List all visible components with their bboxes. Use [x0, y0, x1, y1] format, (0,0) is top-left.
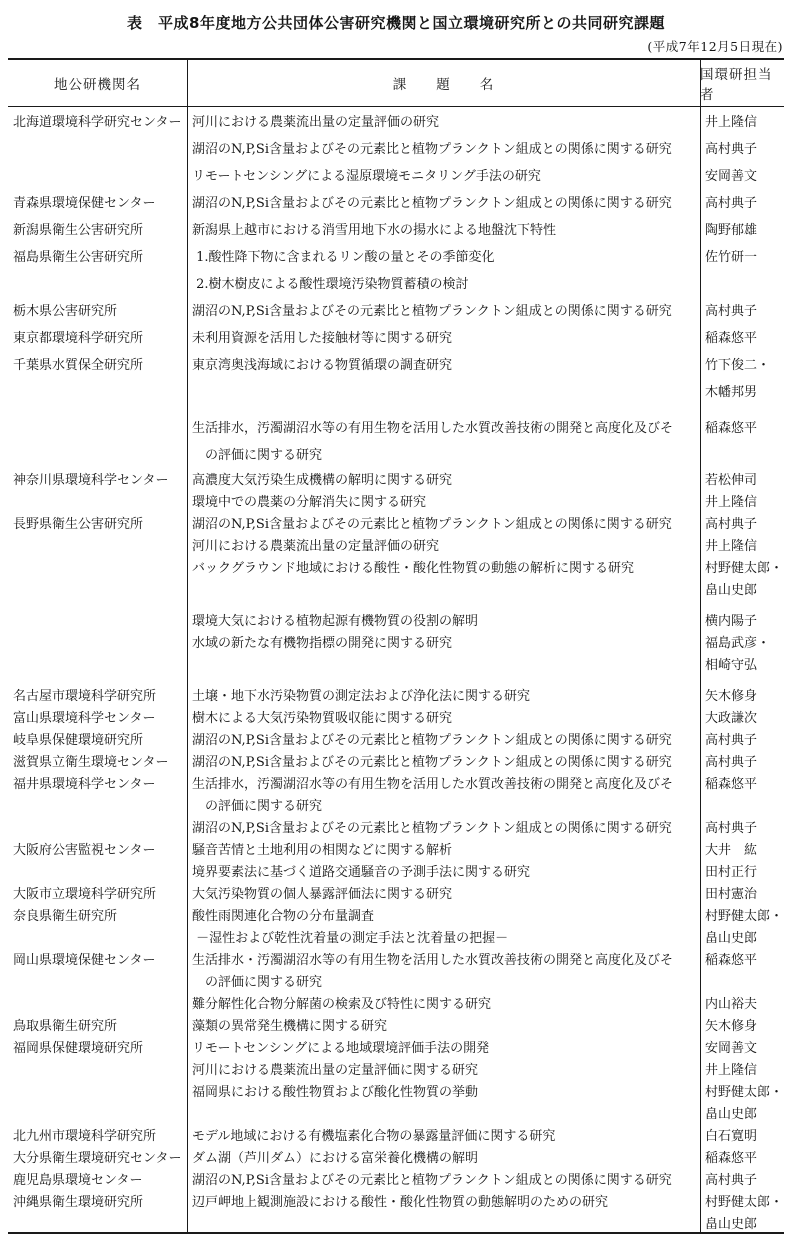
- topic-cell: の評価に関する研究: [187, 444, 700, 463]
- topic-cell: 水域の新たな有機物指標の開発に関する研究: [187, 632, 700, 651]
- table-row: 岐阜県保健環境研究所 湖沼のN,P,Si含量およびその元素比と植物プランクトン組…: [8, 727, 784, 749]
- topic-cell: 河川における農薬流出量の定量評価の研究: [187, 111, 700, 130]
- table-row: 相崎守弘: [8, 652, 784, 674]
- topic-cell: 難分解性化合物分解菌の検索及び特性に関する研究: [187, 993, 700, 1012]
- table-row: 環境大気における植物起源有機物質の役割の解明 横内陽子: [8, 599, 784, 630]
- topic-cell: 環境大気における植物起源有機物質の役割の解明: [187, 610, 700, 629]
- topic-cell: 藻類の異常発生機構に関する研究: [187, 1015, 700, 1034]
- table-row: 沖縄県衛生環境研究所 辺戸岬地上観測施設における酸性・酸化性物質の動態解明のため…: [8, 1189, 784, 1211]
- topic-cell: 樹木による大気汚染物質吸収能に関する研究: [187, 707, 700, 726]
- topic-cell: －湿性および乾性沈着量の測定手法と沈着量の把握－: [187, 927, 700, 946]
- person-cell: 福島武彦・: [700, 632, 784, 651]
- person-cell: 大政謙次: [700, 707, 784, 726]
- table-row: 生活排水，汚濁湖沼水等の有用生物を活用した水質改善技術の開発と高度化及びそ 稲森…: [8, 404, 784, 440]
- table-row: 東京都環境科学研究所 未利用資源を活用した接触材等に関する研究 稲森悠平: [8, 323, 784, 350]
- topic-cell: 湖沼のN,P,Si含量およびその元素比と植物プランクトン組成との関係に関する研究: [187, 751, 700, 770]
- person-cell: 白石寛明: [700, 1125, 784, 1144]
- topic-cell: 生活排水，汚濁湖沼水等の有用生物を活用した水質改善技術の開発と高度化及びそ: [187, 417, 700, 436]
- topic-cell: モデル地域における有機塩素化合物の暴露量評価に関する研究: [187, 1125, 700, 1144]
- page-title: 表 平成8年度地方公共団体公害研究機関と国立環境研究所との共同研究課題: [0, 12, 792, 33]
- table-row: 2.樹木樹皮による酸性環境汚染物質蓄積の検討: [8, 269, 784, 296]
- date-note: (平成7年12月5日現在): [647, 37, 783, 55]
- topic-cell: 河川における農薬流出量の定量評価に関する研究: [187, 1059, 700, 1078]
- org-cell: 岡山県環境保健センター: [8, 949, 187, 968]
- table-row: 新潟県衛生公害研究所 新潟県上越市における消雪用地下水の揚水による地盤沈下特性 …: [8, 215, 784, 242]
- table-header: 地公研機関名 課 題 名 国環研担当者: [8, 60, 784, 107]
- table-body: 北海道環境科学研究センター 河川における農薬流出量の定量評価の研究 井上隆信 湖…: [8, 107, 784, 1233]
- person-cell: 高村典子: [700, 192, 784, 211]
- topic-cell: 湖沼のN,P,Si含量およびその元素比と植物プランクトン組成との関係に関する研究: [187, 817, 700, 836]
- org-cell: 千葉県水質保全研究所: [8, 354, 187, 373]
- table-row: 湖沼のN,P,Si含量およびその元素比と植物プランクトン組成との関係に関する研究…: [8, 815, 784, 837]
- person-cell: 井上隆信: [700, 491, 784, 510]
- topic-cell: 生活排水，汚濁湖沼水等の有用生物を活用した水質改善技術の開発と高度化及びそ: [187, 773, 700, 792]
- person-cell: 佐竹研一: [700, 246, 784, 265]
- table-row: 栃木県公害研究所 湖沼のN,P,Si含量およびその元素比と植物プランクトン組成と…: [8, 296, 784, 323]
- topic-cell: 河川における農薬流出量の定量評価の研究: [187, 535, 700, 554]
- person-cell: 高村典子: [700, 513, 784, 532]
- person-cell: 畠山史郎: [700, 927, 784, 946]
- person-cell: 井上隆信: [700, 1059, 784, 1078]
- table-row: バックグラウンド地域における酸性・酸化性物質の動態の解析に関する研究 村野健太郎…: [8, 555, 784, 577]
- table-row: －湿性および乾性沈着量の測定手法と沈着量の把握－ 畠山史郎: [8, 925, 784, 947]
- person-cell: 稲森悠平: [700, 327, 784, 346]
- person-cell: 畠山史郎: [700, 1103, 784, 1122]
- table-row: 長野県衛生公害研究所 湖沼のN,P,Si含量およびその元素比と植物プランクトン組…: [8, 511, 784, 533]
- person-cell: 畠山史郎: [700, 579, 784, 598]
- org-cell: 大分県衛生環境研究センター: [8, 1147, 187, 1166]
- topic-cell: 生活排水・汚濁湖沼水等の有用生物を活用した水質改善技術の開発と高度化及びそ: [187, 949, 700, 968]
- topic-cell: 未利用資源を活用した接触材等に関する研究: [187, 327, 700, 346]
- research-table: 地公研機関名 課 題 名 国環研担当者 北海道環境科学研究センター 河川における…: [8, 58, 784, 1234]
- org-cell: 長野県衛生公害研究所: [8, 513, 187, 532]
- person-cell: 田村正行: [700, 861, 784, 880]
- topic-cell: ダム湖（芦川ダム）における富栄養化機構の解明: [187, 1147, 700, 1166]
- person-cell: 高村典子: [700, 751, 784, 770]
- table-row: 奈良県衛生研究所 酸性雨関連化合物の分布量調査 村野健太郎・: [8, 903, 784, 925]
- topic-cell: 湖沼のN,P,Si含量およびその元素比と植物プランクトン組成との関係に関する研究: [187, 300, 700, 319]
- table-row: 難分解性化合物分解菌の検索及び特性に関する研究 内山裕夫: [8, 991, 784, 1013]
- person-cell: 井上隆信: [700, 111, 784, 130]
- org-cell: 岐阜県保健環境研究所: [8, 729, 187, 748]
- table-row: の評価に関する研究: [8, 440, 784, 467]
- topic-cell: 騒音苦情と土地利用の相関などに関する解析: [187, 839, 700, 858]
- table-row: 富山県環境科学センター 樹木による大気汚染物質吸収能に関する研究 大政謙次: [8, 705, 784, 727]
- header-person: 国環研担当者: [700, 60, 784, 106]
- table-row: 福島県衛生公害研究所 1.酸性降下物に含まれるリン酸の量とその季節変化 佐竹研一: [8, 242, 784, 269]
- person-cell: 安岡善文: [700, 165, 784, 184]
- table-row: 千葉県水質保全研究所 東京湾奥浅海域における物質循環の調査研究 竹下俊二・: [8, 350, 784, 377]
- table-row: 河川における農薬流出量の定量評価の研究 井上隆信: [8, 533, 784, 555]
- table-row: 鹿児島県環境センター 湖沼のN,P,Si含量およびその元素比と植物プランクトン組…: [8, 1167, 784, 1189]
- org-cell: 鳥取県衛生研究所: [8, 1015, 187, 1034]
- topic-cell: の評価に関する研究: [187, 795, 700, 814]
- topic-cell: 湖沼のN,P,Si含量およびその元素比と植物プランクトン組成との関係に関する研究: [187, 513, 700, 532]
- table-row: の評価に関する研究: [8, 969, 784, 991]
- table-row: 岡山県環境保健センター 生活排水・汚濁湖沼水等の有用生物を活用した水質改善技術の…: [8, 947, 784, 969]
- person-cell: 井上隆信: [700, 535, 784, 554]
- table-row: 名古屋市環境科学研究所 土壌・地下水汚染物質の測定法および浄化法に関する研究 矢…: [8, 674, 784, 705]
- person-cell: 村野健太郎・: [700, 1081, 784, 1100]
- person-cell: 田村憲治: [700, 883, 784, 902]
- table-row: 滋賀県立衛生環境センター 湖沼のN,P,Si含量およびその元素比と植物プランクト…: [8, 749, 784, 771]
- table-row: 福井県環境科学センター 生活排水，汚濁湖沼水等の有用生物を活用した水質改善技術の…: [8, 771, 784, 793]
- table-row: 大分県衛生環境研究センター ダム湖（芦川ダム）における富栄養化機構の解明 稲森悠…: [8, 1145, 784, 1167]
- table-row: 境界要素法に基づく道路交通騒音の予測手法に関する研究 田村正行: [8, 859, 784, 881]
- org-cell: 福島県衛生公害研究所: [8, 246, 187, 265]
- table-row: 福岡県保健環境研究所 リモートセンシングによる地域環境評価手法の開発 安岡善文: [8, 1035, 784, 1057]
- person-cell: 村野健太郎・: [700, 1191, 784, 1210]
- person-cell: 畠山史郎: [700, 1213, 784, 1232]
- topic-cell: 福岡県における酸性物質および酸化性物質の挙動: [187, 1081, 700, 1100]
- topic-cell: リモートセンシングによる地域環境評価手法の開発: [187, 1037, 700, 1056]
- table-row: 北九州市環境科学研究所 モデル地域における有機塩素化合物の暴露量評価に関する研究…: [8, 1123, 784, 1145]
- table-row: 大阪府公害監視センター 騒音苦情と土地利用の相関などに関する解析 大井 紘: [8, 837, 784, 859]
- topic-cell: リモートセンシングによる湿原環境モニタリング手法の研究: [187, 165, 700, 184]
- org-cell: 北海道環境科学研究センター: [8, 111, 187, 130]
- person-cell: 高村典子: [700, 138, 784, 157]
- person-cell: 若松伸司: [700, 469, 784, 488]
- person-cell: 相崎守弘: [700, 654, 784, 673]
- table-row: 水域の新たな有機物指標の開発に関する研究 福島武彦・: [8, 630, 784, 652]
- person-cell: 稲森悠平: [700, 773, 784, 792]
- topic-cell: の評価に関する研究: [187, 971, 700, 990]
- person-cell: 陶野郁雄: [700, 219, 784, 238]
- person-cell: 竹下俊二・: [700, 354, 784, 373]
- org-cell: 奈良県衛生研究所: [8, 905, 187, 924]
- org-cell: 鹿児島県環境センター: [8, 1169, 187, 1188]
- table-row: 環境中での農薬の分解消失に関する研究 井上隆信: [8, 489, 784, 511]
- table-row: 木幡邦男: [8, 377, 784, 404]
- topic-cell: 高濃度大気汚染生成機構の解明に関する研究: [187, 469, 700, 488]
- table-row: の評価に関する研究: [8, 793, 784, 815]
- person-cell: 木幡邦男: [700, 381, 784, 400]
- header-org: 地公研機関名: [8, 60, 187, 106]
- person-cell: 稲森悠平: [700, 417, 784, 436]
- topic-cell: 湖沼のN,P,Si含量およびその元素比と植物プランクトン組成との関係に関する研究: [187, 192, 700, 211]
- person-cell: 横内陽子: [700, 610, 784, 629]
- org-cell: 名古屋市環境科学研究所: [8, 685, 187, 704]
- person-cell: 高村典子: [700, 1169, 784, 1188]
- table-row: 河川における農薬流出量の定量評価に関する研究 井上隆信: [8, 1057, 784, 1079]
- org-cell: 大阪府公害監視センター: [8, 839, 187, 858]
- person-cell: 安岡善文: [700, 1037, 784, 1056]
- table-row: 福岡県における酸性物質および酸化性物質の挙動 村野健太郎・: [8, 1079, 784, 1101]
- person-cell: 村野健太郎・: [700, 905, 784, 924]
- topic-cell: 大気汚染物質の個人暴露評価法に関する研究: [187, 883, 700, 902]
- topic-cell: 湖沼のN,P,Si含量およびその元素比と植物プランクトン組成との関係に関する研究: [187, 138, 700, 157]
- person-cell: 村野健太郎・: [700, 557, 784, 576]
- org-cell: 大阪市立環境科学研究所: [8, 883, 187, 902]
- table-row: 畠山史郎: [8, 1101, 784, 1123]
- person-cell: 内山裕夫: [700, 993, 784, 1012]
- topic-cell: 酸性雨関連化合物の分布量調査: [187, 905, 700, 924]
- topic-cell: 境界要素法に基づく道路交通騒音の予測手法に関する研究: [187, 861, 700, 880]
- table-row: 北海道環境科学研究センター 河川における農薬流出量の定量評価の研究 井上隆信: [8, 107, 784, 134]
- table-row: 畠山史郎: [8, 577, 784, 599]
- org-cell: 青森県環境保健センター: [8, 192, 187, 211]
- table-row: リモートセンシングによる湿原環境モニタリング手法の研究 安岡善文: [8, 161, 784, 188]
- table-row: 湖沼のN,P,Si含量およびその元素比と植物プランクトン組成との関係に関する研究…: [8, 134, 784, 161]
- table-row: 大阪市立環境科学研究所 大気汚染物質の個人暴露評価法に関する研究 田村憲治: [8, 881, 784, 903]
- table-row: 神奈川県環境科学センター 高濃度大気汚染生成機構の解明に関する研究 若松伸司: [8, 467, 784, 489]
- org-cell: 富山県環境科学センター: [8, 707, 187, 726]
- org-cell: 福井県環境科学センター: [8, 773, 187, 792]
- org-cell: 神奈川県環境科学センター: [8, 469, 187, 488]
- topic-cell: 2.樹木樹皮による酸性環境汚染物質蓄積の検討: [187, 273, 700, 292]
- org-cell: 福岡県保健環境研究所: [8, 1037, 187, 1056]
- person-cell: 矢木修身: [700, 1015, 784, 1034]
- header-topic: 課 題 名: [187, 60, 700, 106]
- topic-cell: 土壌・地下水汚染物質の測定法および浄化法に関する研究: [187, 685, 700, 704]
- org-cell: 東京都環境科学研究所: [8, 327, 187, 346]
- topic-cell: 湖沼のN,P,Si含量およびその元素比と植物プランクトン組成との関係に関する研究: [187, 1169, 700, 1188]
- person-cell: 大井 紘: [700, 839, 784, 858]
- table-row: 鳥取県衛生研究所 藻類の異常発生機構に関する研究 矢木修身: [8, 1013, 784, 1035]
- document-page: { "document": { "title": "表 平成8年度地方公共団体公…: [0, 0, 792, 1244]
- topic-cell: バックグラウンド地域における酸性・酸化性物質の動態の解析に関する研究: [187, 557, 700, 576]
- table-row: 青森県環境保健センター 湖沼のN,P,Si含量およびその元素比と植物プランクトン…: [8, 188, 784, 215]
- topic-cell: 辺戸岬地上観測施設における酸性・酸化性物質の動態解明のための研究: [187, 1191, 700, 1210]
- org-cell: 栃木県公害研究所: [8, 300, 187, 319]
- topic-cell: 環境中での農薬の分解消失に関する研究: [187, 491, 700, 510]
- org-cell: 滋賀県立衛生環境センター: [8, 751, 187, 770]
- table-row: 畠山史郎: [8, 1211, 784, 1233]
- person-cell: 高村典子: [700, 300, 784, 319]
- person-cell: 稲森悠平: [700, 949, 784, 968]
- person-cell: 稲森悠平: [700, 1147, 784, 1166]
- org-cell: 北九州市環境科学研究所: [8, 1125, 187, 1144]
- org-cell: 沖縄県衛生環境研究所: [8, 1191, 187, 1210]
- topic-cell: 新潟県上越市における消雪用地下水の揚水による地盤沈下特性: [187, 219, 700, 238]
- person-cell: 矢木修身: [700, 685, 784, 704]
- topic-cell: 湖沼のN,P,Si含量およびその元素比と植物プランクトン組成との関係に関する研究: [187, 729, 700, 748]
- topic-cell: 東京湾奥浅海域における物質循環の調査研究: [187, 354, 700, 373]
- person-cell: 高村典子: [700, 729, 784, 748]
- topic-cell: 1.酸性降下物に含まれるリン酸の量とその季節変化: [187, 246, 700, 265]
- org-cell: 新潟県衛生公害研究所: [8, 219, 187, 238]
- person-cell: 高村典子: [700, 817, 784, 836]
